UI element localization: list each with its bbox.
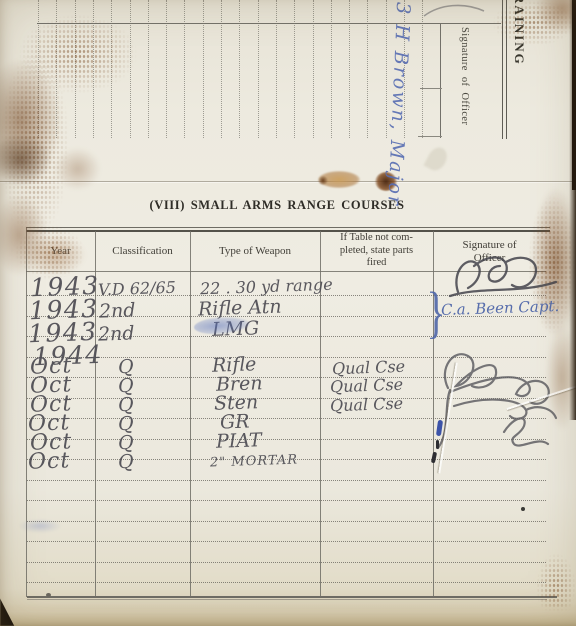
- dotted-row-line: [27, 541, 546, 542]
- cell-weapon: PIAT: [216, 429, 262, 453]
- stain-mark: [25, 235, 85, 275]
- cell-parts: Qual Cse: [330, 394, 404, 416]
- ink-speck: [521, 507, 525, 511]
- table-bottom-double-rule: [27, 599, 547, 600]
- landscape-dotted-row-line: [221, 0, 222, 138]
- landscape-row-rule: [420, 88, 442, 89]
- dotted-row-line: [27, 521, 546, 522]
- landscape-dotted-row-line: [166, 0, 167, 138]
- table-top-double-rule: [26, 230, 550, 232]
- rotated-blue-handwriting: 43 H Brown, Major: [383, 0, 415, 207]
- cell-year: Oct: [28, 448, 71, 474]
- landscape-dotted-row-line: [422, 0, 423, 138]
- col-header-type-of-weapon: Type of Weapon: [190, 245, 320, 257]
- landscape-dotted-row-line: [331, 0, 332, 138]
- rotated-signature-of-officer-label: Signature of Officer: [459, 27, 470, 125]
- cell-weapon: 2" MORTAR: [210, 452, 299, 470]
- col-header-if-table-not-completed: If Table not com-pleted, state partsfire…: [320, 232, 433, 270]
- table-top-double-rule: [26, 227, 550, 228]
- dotted-row-line: [27, 480, 546, 481]
- dotted-row-line: [27, 562, 546, 563]
- cell-parts: Qual Cse: [330, 375, 404, 397]
- landscape-signature-column-rule: [440, 23, 441, 138]
- landscape-dotted-row-line: [258, 0, 259, 138]
- page-bottom-edge: [0, 604, 576, 626]
- landscape-dotted-row-line: [349, 0, 350, 138]
- page-right-edge-dark: [572, 0, 576, 190]
- stain-blob-tip: [318, 176, 328, 185]
- cell-classification: 2nd: [99, 299, 136, 322]
- cell-classification: Q: [118, 451, 134, 474]
- landscape-dotted-row-line: [276, 0, 277, 138]
- landscape-dotted-row-line: [313, 0, 314, 138]
- landscape-dotted-row-line: [367, 0, 368, 138]
- table-bottom-double-rule: [27, 596, 557, 598]
- landscape-dotted-row-line: [239, 0, 240, 138]
- stain-mark: [55, 148, 100, 190]
- landscape-dotted-row-line: [203, 0, 204, 138]
- dark-ink-mark: [436, 440, 439, 449]
- scanned-service-book-page: RAINING Signature of Officer 43 H Brown,…: [0, 0, 576, 626]
- landscape-row-rule: [418, 136, 442, 137]
- landscape-dotted-row-line: [184, 0, 185, 138]
- dotted-row-line: [27, 500, 546, 501]
- cell-weapon: Rifle Atn: [198, 296, 282, 321]
- paper-abrasion-mark: [423, 144, 450, 174]
- dotted-row-line: [27, 582, 546, 583]
- cell-classification: V.D 62/65: [98, 278, 176, 300]
- officer-signature-1943: [448, 252, 558, 298]
- cell-classification: 2nd: [98, 322, 135, 345]
- landscape-dotted-row-line: [294, 0, 295, 138]
- column-divider: [190, 231, 191, 597]
- ink-bleed-ghost: [18, 519, 62, 533]
- ink-speck: [46, 593, 51, 597]
- col-header-classification: Classification: [95, 245, 190, 257]
- pencil-squiggle: [420, 0, 490, 20]
- landscape-dotted-row-line: [148, 0, 149, 138]
